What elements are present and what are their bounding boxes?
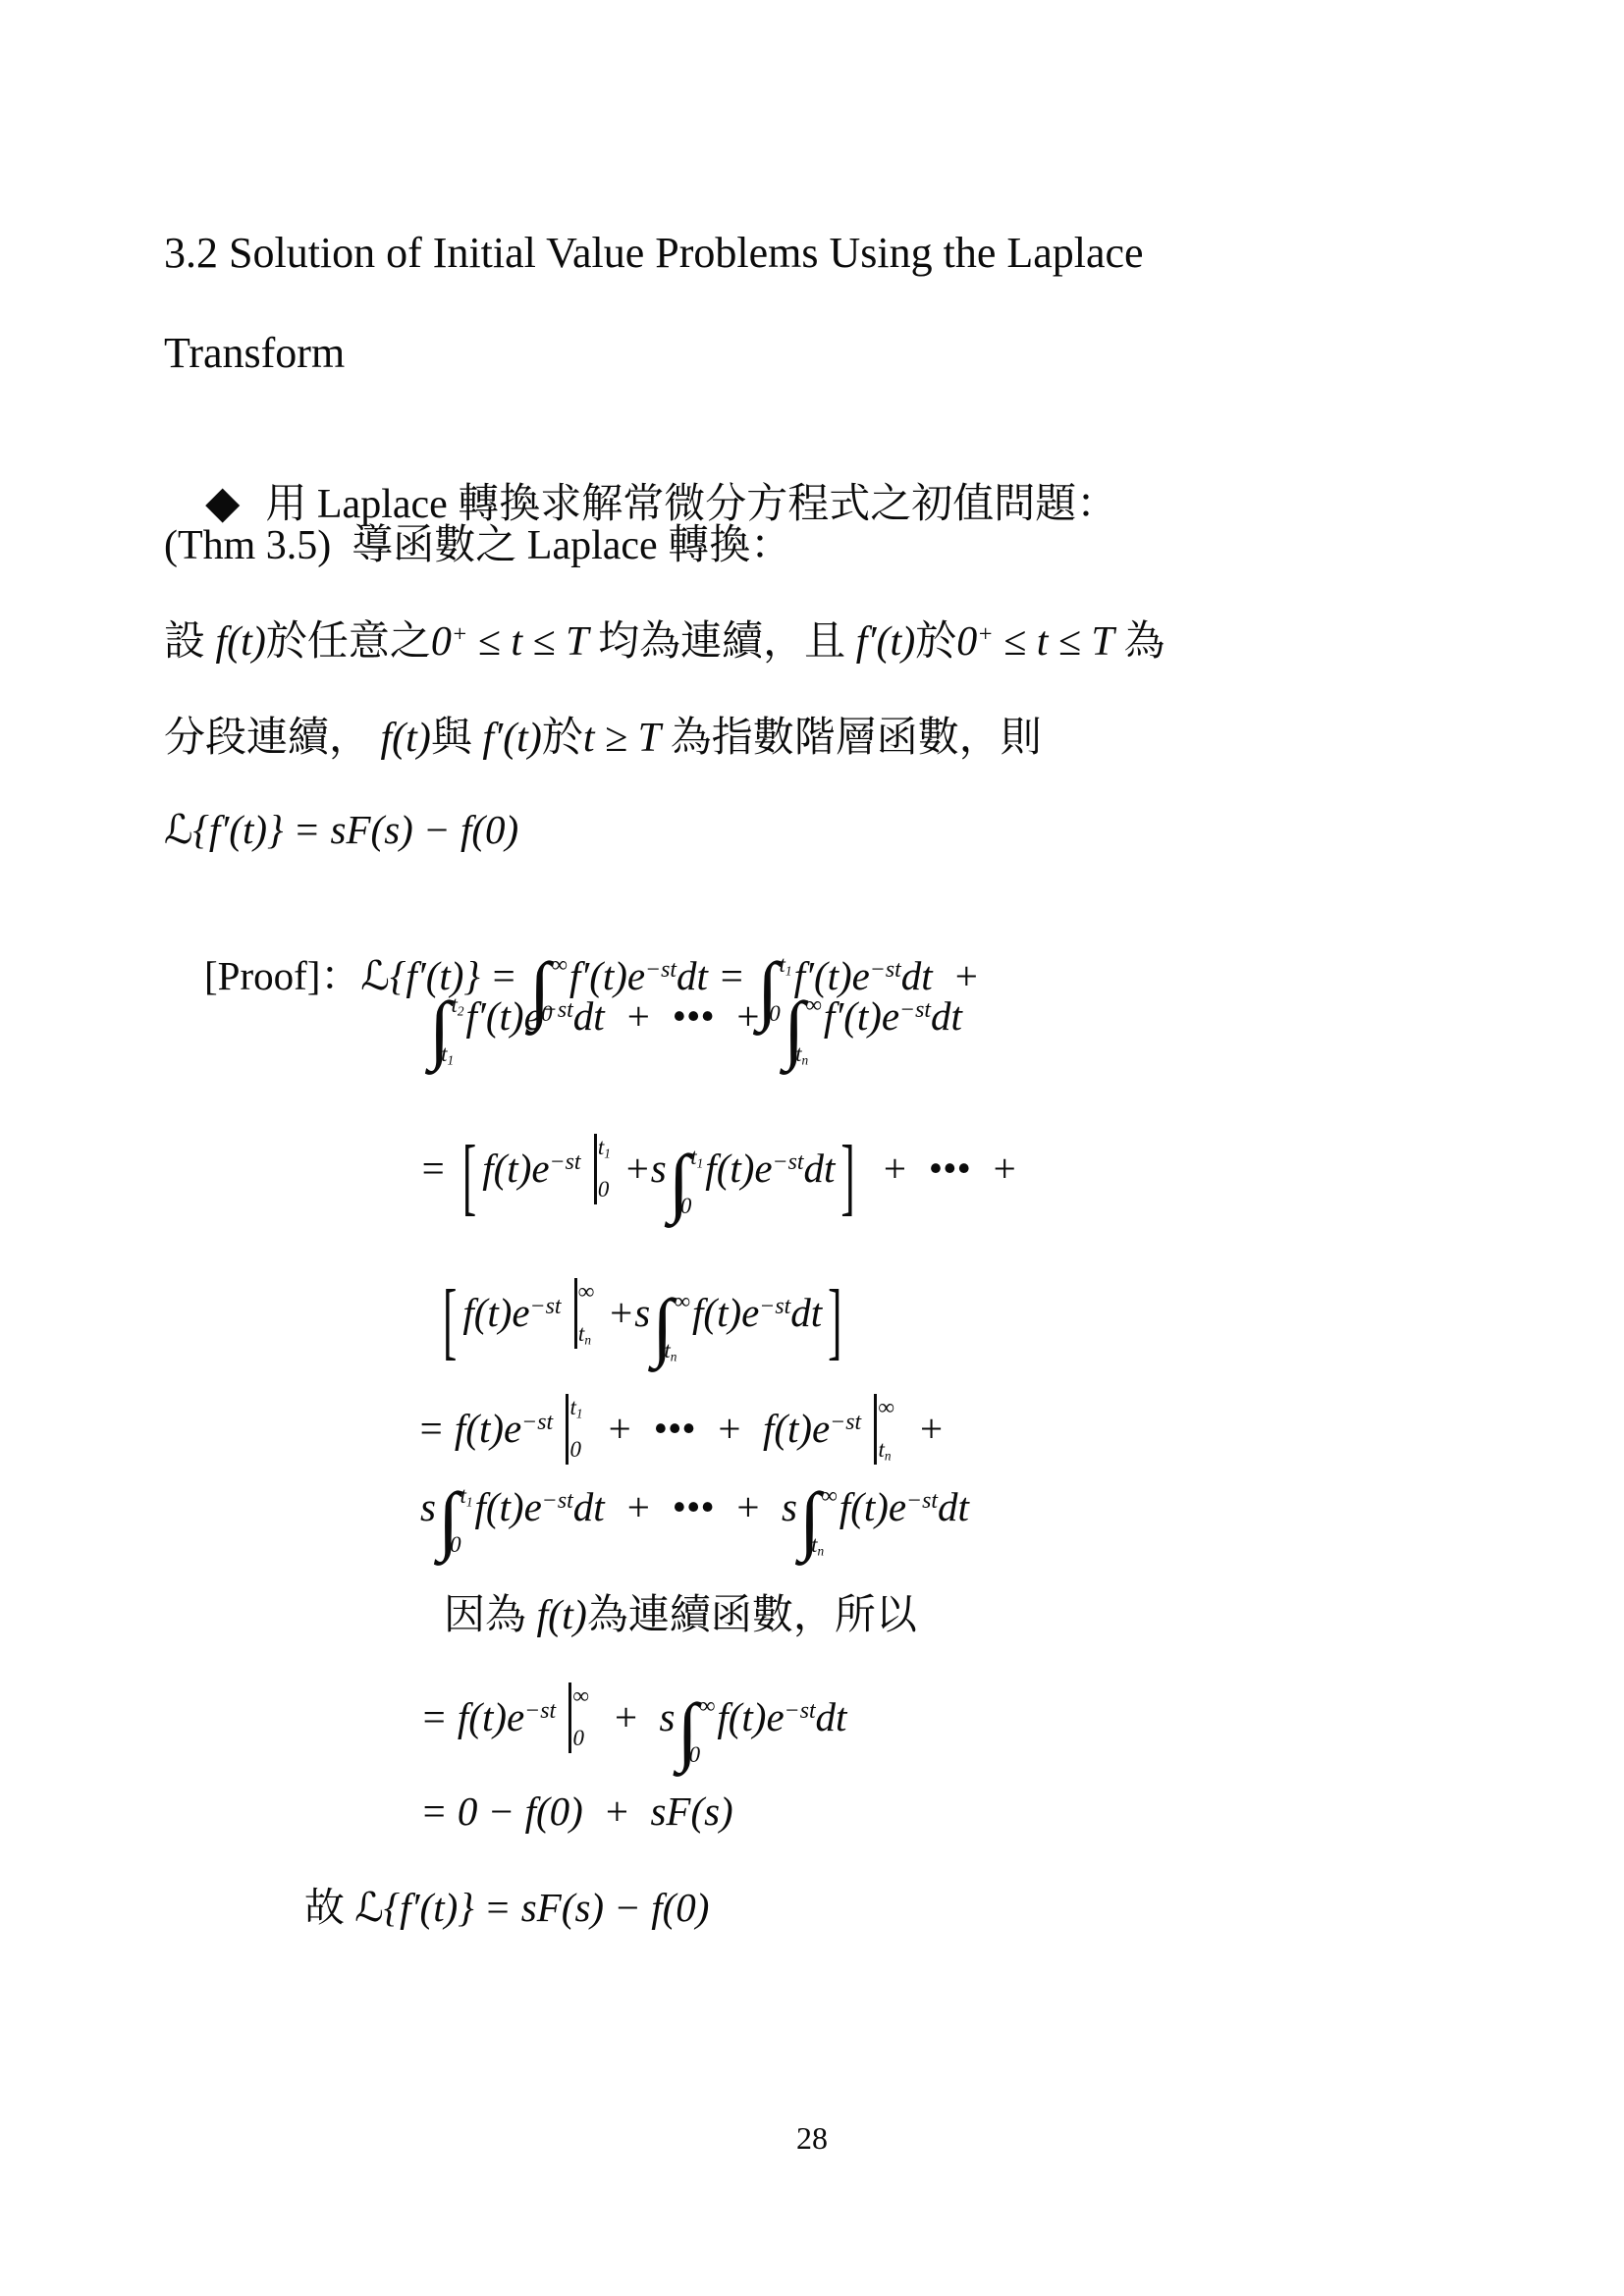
math-token: 於 [542, 716, 583, 761]
math-token: −st [542, 997, 573, 1023]
math-token: ∞ [551, 952, 567, 977]
diamond-bullet-icon: ◆ [205, 477, 240, 527]
math-token: f(t)e [692, 1290, 759, 1335]
math-token: = f(t)e [420, 1694, 524, 1739]
math-token: [ [462, 1124, 476, 1232]
math-token: −st [550, 1149, 581, 1175]
math-token: −st [645, 957, 677, 983]
math-token: 1 [785, 964, 792, 979]
math-token: t1 [570, 1397, 583, 1419]
math-token: ∞ [821, 1483, 837, 1508]
math-token: + s [592, 1694, 676, 1739]
math-token: −st [906, 1488, 938, 1514]
math-token: ∞ [821, 1485, 837, 1508]
math-token: t1 [460, 1485, 472, 1508]
math-token: 0 [680, 1194, 691, 1218]
math-token: ∞tn [674, 1289, 691, 1365]
formula-conclusion: 故 ℒ{f′(t)} = sF(s) − f(0) [304, 1883, 709, 1933]
math-token: = [419, 1146, 457, 1191]
math-token: −st [759, 1294, 790, 1319]
math-token: 故 [304, 1885, 345, 1930]
math-token: tn [795, 1043, 811, 1066]
math-token: n [885, 1448, 892, 1463]
math-token: +s [614, 1146, 667, 1191]
math-token: −st [906, 1488, 938, 1514]
math-token: 0 [450, 1532, 460, 1557]
math-token [562, 1290, 571, 1335]
math-token: ∞ [879, 1397, 894, 1419]
math-token: −st [645, 957, 677, 983]
math-token: ∞ [573, 1685, 589, 1708]
continuity-note: 因為 f(t)為連續函數，所以 [444, 1590, 917, 1642]
math-token: t1 [441, 1043, 454, 1066]
math-token: ∞ [699, 1693, 715, 1718]
math-token [861, 1406, 871, 1451]
math-token: t10 [594, 1134, 611, 1204]
math-token: −st [521, 1410, 553, 1435]
math-token: + [897, 1406, 945, 1451]
math-token: ∞tn [874, 1394, 894, 1465]
formula-proof-step-4: [f(t)e−st ∞tn +s∫∞tnf(t)e−stdt] [437, 1278, 847, 1365]
math-token: −st [870, 957, 901, 983]
math-token: t1 [780, 954, 792, 977]
math-token: t10 [568, 1394, 582, 1465]
math-token: ∞ [551, 954, 567, 977]
formula-proof-step-3: = [f(t)e−st t10 +s∫t10f(t)e−stdt] + ••• … [419, 1134, 1018, 1221]
math-token: + [452, 621, 467, 648]
math-token: 0 [573, 1728, 589, 1750]
math-token: tn [578, 1323, 594, 1346]
math-token: ∫∞tn [652, 1289, 690, 1365]
math-token: ∫t10 [438, 1482, 473, 1559]
math-token: f(t)e [705, 1146, 772, 1191]
math-token: 1 [466, 1494, 473, 1509]
math-token: f(t)e [475, 1484, 542, 1529]
math-token: −st [785, 1698, 816, 1724]
math-token: dt + ••• + [573, 993, 782, 1039]
math-token: ∞ [805, 994, 821, 1017]
math-token: 0 [598, 1177, 609, 1201]
math-token: + [977, 621, 993, 648]
math-token: −st [521, 1410, 553, 1435]
math-token: −st [899, 997, 931, 1023]
math-token: t10 [597, 1134, 611, 1204]
math-token: 因為 [444, 1593, 526, 1638]
document-page: 3.2 Solution of Initial Value Problems U… [0, 0, 1624, 2296]
math-token: 均為連續，且 [598, 619, 845, 665]
math-token: ∞ [675, 1289, 690, 1313]
math-token: 0 [689, 1744, 705, 1767]
math-token: −st [550, 1149, 581, 1175]
math-token: t2t1 [450, 991, 463, 1068]
math-token: t1 [690, 1147, 703, 1169]
page-number: 28 [0, 2120, 1624, 2157]
math-token: 1 [697, 1156, 704, 1171]
math-token: f′(t)e [466, 993, 542, 1039]
math-token: tn [664, 1340, 679, 1362]
math-token: 為連續函數，所以 [587, 1593, 917, 1638]
math-token: 0 [680, 1196, 693, 1218]
math-token: ∞ [675, 1291, 690, 1313]
math-token: ] [840, 1124, 854, 1232]
formula-proof-step-6: s∫t10f(t)e−stdt + ••• + s∫∞tnf(t)e−stdt [420, 1482, 969, 1559]
math-token: 2 [458, 1003, 464, 1018]
math-token: 設 [164, 619, 205, 665]
math-token: 0 [689, 1742, 700, 1767]
math-token: ∞tn [804, 991, 822, 1068]
math-token: −st [530, 1294, 562, 1319]
math-token: f(t) [526, 1593, 587, 1638]
math-token: t1 [598, 1137, 611, 1159]
math-token: ≤ t ≤ T [994, 619, 1124, 665]
math-token: f(t)e [482, 1146, 549, 1191]
math-token: + ••• + [861, 1146, 1018, 1191]
math-token: f′(t)e [824, 993, 899, 1039]
math-token: f(t)e [462, 1290, 529, 1335]
math-token: tn [811, 1534, 827, 1557]
math-token: tn [879, 1439, 894, 1462]
math-token: −st [773, 1149, 804, 1175]
math-token: −st [785, 1698, 816, 1724]
math-token: t10 [689, 1145, 703, 1221]
math-token: dt + ••• + s [573, 1484, 797, 1529]
math-token: −st [830, 1410, 861, 1435]
math-token: [ [443, 1268, 457, 1376]
math-token: −st [542, 1488, 573, 1514]
math-token: ∞ [578, 1279, 594, 1304]
theorem-heading: (Thm 3.5) 導函數之 Laplace 轉換： [164, 520, 791, 572]
math-token: ∞tn [877, 1394, 894, 1465]
section-title-line1: 3.2 Solution of Initial Value Problems U… [164, 226, 1144, 280]
formula-proof-step-7: = f(t)e−st ∞0 + s∫∞0f(t)e−stdt [420, 1682, 846, 1770]
math-token: ∫∞0 [677, 1693, 716, 1770]
math-token: n [584, 1332, 591, 1347]
math-token [553, 1406, 563, 1451]
math-token: 0 [573, 1726, 584, 1750]
math-token: dt [931, 993, 962, 1039]
math-token: f(t) [205, 619, 266, 665]
math-token: ∞tn [577, 1278, 595, 1349]
math-token: n [802, 1052, 809, 1067]
math-token: ∞tn [574, 1278, 595, 1349]
math-token: ∞0 [571, 1682, 589, 1753]
math-token: n [802, 1052, 809, 1067]
math-token: ∞ [805, 992, 821, 1017]
math-token [556, 1694, 566, 1739]
section-title-line2: Transform [164, 326, 345, 380]
math-token: −st [530, 1294, 562, 1319]
math-token: −st [830, 1410, 861, 1435]
math-token: 0 [431, 619, 452, 665]
math-token: n [671, 1349, 677, 1363]
math-token: 1 [576, 1406, 583, 1420]
math-token: 為指數階層函數，則 [671, 716, 1042, 761]
math-token: f(t) [370, 716, 431, 761]
math-token: t10 [459, 1482, 472, 1559]
math-token: ∫t2t1 [429, 991, 464, 1068]
math-token: dt [816, 1694, 847, 1739]
math-token: n [671, 1349, 677, 1363]
math-token: 0 [450, 1534, 462, 1557]
math-token: ∞ [879, 1395, 894, 1419]
math-token: 1 [448, 1052, 455, 1067]
math-token: ∫∞tn [784, 991, 822, 1068]
math-token: 1 [466, 1494, 473, 1509]
math-token: 1 [785, 964, 792, 979]
math-token: ≤ t ≤ T [467, 619, 598, 665]
math-token: f′(t) [845, 619, 915, 665]
formula-theorem-statement: ℒ{f′(t)} = sF(s) − f(0) [164, 805, 518, 855]
math-token: −st [542, 997, 573, 1023]
math-token: dt [790, 1290, 822, 1335]
math-token: −st [524, 1698, 556, 1724]
math-token: −st [542, 1488, 573, 1514]
math-token: t10 [566, 1394, 582, 1465]
math-token: +s [597, 1290, 650, 1335]
math-token: ∞ [578, 1281, 594, 1304]
math-token: + [452, 621, 467, 648]
proof-label: [Proof]： [204, 953, 360, 998]
math-token: dt [938, 1484, 969, 1529]
formula-proof-step-8: = 0 − f(0) + sF(s) [420, 1787, 733, 1837]
math-token: ∫∞tn [799, 1482, 838, 1559]
math-token: + ••• + f(t)e [586, 1406, 831, 1451]
math-token: 於 [915, 619, 956, 665]
math-token: f′(t) [472, 716, 542, 761]
math-token: t2 [451, 994, 463, 1017]
math-token: 分段連續， [164, 716, 370, 761]
math-token: ℒ{f′(t)} = sF(s) − f(0) [164, 807, 518, 852]
math-token: f(t)e [839, 1484, 906, 1529]
math-token: 1 [604, 1146, 611, 1160]
formula-hypothesis-2: 分段連續， f(t)與 f′(t)於t ≥ T 為指數階層函數，則 [164, 713, 1042, 765]
math-token: s [420, 1484, 436, 1529]
math-token: f(t)e [717, 1694, 784, 1739]
math-token: 0 [570, 1439, 583, 1462]
math-token: ℒ{f′(t)} = sF(s) − f(0) [345, 1885, 709, 1930]
math-token: = f(t)e [417, 1406, 521, 1451]
math-token: −st [899, 997, 931, 1023]
math-token: −st [524, 1698, 556, 1724]
math-token: ∞tn [820, 1482, 838, 1559]
math-token: 於任意之 [266, 619, 431, 665]
math-token: 1 [576, 1406, 583, 1420]
math-token: ∫t10 [669, 1145, 704, 1221]
math-token: −st [870, 957, 901, 983]
math-token: 0 [956, 619, 977, 665]
math-token: ∞ [573, 1683, 589, 1708]
math-token: n [817, 1543, 824, 1558]
math-token: n [817, 1543, 824, 1558]
formula-proof-step-5: = f(t)e−st t10 + ••• + f(t)e−st ∞tn + [417, 1394, 945, 1465]
math-token: t ≥ T [583, 716, 671, 761]
math-token: ∞0 [698, 1693, 716, 1770]
math-token: −st [759, 1294, 790, 1319]
math-token: 為 [1124, 619, 1165, 665]
math-token: ∞ [699, 1695, 715, 1718]
math-token: 1 [448, 1052, 455, 1067]
math-token: n [885, 1448, 892, 1463]
math-token [580, 1146, 590, 1191]
math-token: −st [773, 1149, 804, 1175]
math-token: 2 [458, 1003, 464, 1018]
math-token: ∞0 [568, 1682, 589, 1753]
math-token: n [584, 1332, 591, 1347]
math-token: ] [828, 1268, 841, 1376]
math-token: + [977, 621, 993, 648]
formula-proof-step-2: ∫t2t1f′(t)e−stdt + ••• + ∫∞tnf′(t)e−stdt [427, 991, 962, 1068]
math-token: = 0 − f(0) + sF(s) [420, 1789, 733, 1834]
math-token: 與 [431, 716, 472, 761]
math-token: dt [803, 1146, 835, 1191]
math-token: 1 [697, 1156, 704, 1171]
formula-hypothesis-1: 設 f(t)於任意之0+ ≤ t ≤ T 均為連續，且 f′(t)於0+ ≤ t… [164, 616, 1165, 668]
math-token: 1 [604, 1146, 611, 1160]
math-token: 0 [570, 1437, 581, 1462]
math-token: 0 [598, 1179, 611, 1201]
